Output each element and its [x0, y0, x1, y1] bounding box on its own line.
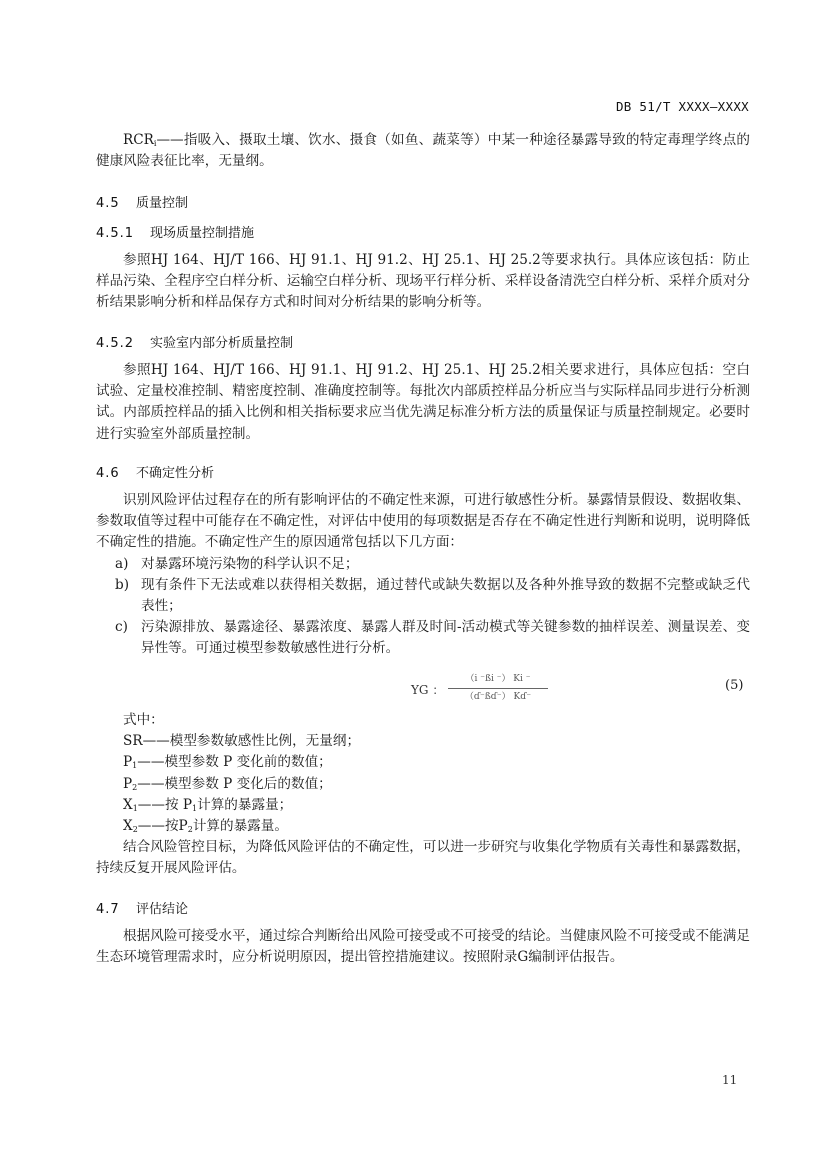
section-4-5-2-body: 参照HJ 164、HJ/T 166、HJ 91.1、HJ 91.2、HJ 25.… [96, 360, 750, 445]
definition-p1: P1——模型参数 P 变化前的数值； [123, 752, 360, 773]
document-page: DB 51/T XXXX—XXXX RCRi——指吸入、摄取土壤、饮水、摄食（如… [0, 0, 826, 1169]
definition-text-pre: ——按P [138, 818, 188, 834]
section-4-5-1-body: 参照HJ 164、HJ/T 166、HJ 91.1、HJ 91.2、HJ 25.… [96, 250, 750, 314]
rcr-symbol: RCR [123, 132, 154, 148]
formula-lhs: YG ： [411, 681, 444, 698]
definition-symbol: X [123, 797, 133, 813]
fraction-bar [448, 688, 548, 689]
section-heading-4-7: 4.7评估结论 [96, 898, 188, 917]
section-title: 不确定性分析 [136, 466, 214, 481]
section-number: 4.5.1 [96, 226, 150, 241]
section-number: 4.7 [96, 902, 136, 917]
section-heading-4-5-1: 4.5.1现场质量控制措施 [96, 222, 254, 241]
list-item-c: c)污染源排放、暴露途径、暴露浓度、暴露人群及时间-活动模式等关键参数的抽样误差… [96, 617, 750, 659]
definition-symbol: SR [123, 733, 143, 749]
list-item-a: a)对暴露环境污染物的科学认识不足； [96, 554, 750, 575]
rcr-description: ——指吸入、摄取土壤、饮水、摄食（如鱼、蔬菜等）中某一种途径暴露导致的特定毒理学… [96, 132, 750, 169]
section-number: 4.5.2 [96, 336, 150, 351]
list-marker: b) [115, 575, 129, 596]
formula-fraction: （i ⁻ßi ⁻） Ki ⁻ （ɗ⁻ßɗ⁻） Kɗ⁻ [448, 673, 548, 704]
section-4-6-closing: 结合风险管控目标，为降低风险评估的不确定性，可以进一步研究与收集化学物质有关毒性… [96, 837, 750, 879]
section-4-7-body: 根据风险可接受水平，通过综合判断给出风险可接受或不可接受的结论。当健康风险不可接… [96, 926, 750, 968]
section-number: 4.5 [96, 196, 136, 211]
definition-p2: P2——模型参数 P 变化后的数值； [123, 774, 360, 795]
definition-symbol: P [123, 754, 132, 770]
section-heading-4-6: 4.6不确定性分析 [96, 462, 214, 481]
definition-sr: SR——模型参数敏感性比例，无量纲； [123, 731, 360, 752]
section-title: 评估结论 [136, 902, 188, 917]
formula-numerator: （i ⁻ßi ⁻） Ki ⁻ [448, 673, 548, 686]
list-text: 污染源排放、暴露途径、暴露浓度、暴露人群及时间-活动模式等关键参数的抽样误差、测… [141, 619, 750, 656]
paragraph: 识别风险评估过程存在的所有影响评估的不确定性来源，可进行敏感性分析。暴露情景假设… [96, 490, 750, 554]
list-text: 对暴露环境污染物的科学认识不足； [141, 556, 359, 572]
list-text: 现有条件下无法或难以获得相关数据，通过替代或缺失数据以及各种外推导致的数据不完整… [141, 577, 750, 614]
definition-text: ——模型参数 P 变化前的数值； [137, 754, 332, 770]
definition-text-pre: ——按 P [138, 797, 192, 813]
page-number: 11 [722, 1073, 737, 1087]
definition-text: 计算的暴露量。 [193, 818, 288, 834]
list-marker: a) [115, 554, 128, 575]
definition-symbol: X [123, 818, 133, 834]
document-code-header: DB 51/T XXXX—XXXX [616, 99, 749, 114]
formula-definitions: 式中： SR——模型参数敏感性比例，无量纲； P1——模型参数 P 变化前的数值… [123, 710, 360, 837]
definition-text: ——模型参数敏感性比例，无量纲； [143, 733, 361, 749]
section-heading-4-5: 4.5质量控制 [96, 192, 188, 211]
rcr-definition-text: RCRi——指吸入、摄取土壤、饮水、摄食（如鱼、蔬菜等）中某一种途径暴露导致的特… [96, 130, 750, 172]
sensitivity-formula: YG ： （i ⁻ßi ⁻） Ki ⁻ （ɗ⁻ßɗ⁻） Kɗ⁻ [411, 673, 556, 707]
section-title: 质量控制 [136, 196, 188, 211]
definition-x1: X1——按 P1计算的暴露量； [123, 795, 360, 816]
section-title: 现场质量控制措施 [150, 226, 254, 241]
paragraph: 根据风险可接受水平，通过综合判断给出风险可接受或不可接受的结论。当健康风险不可接… [96, 926, 750, 968]
paragraph: 结合风险管控目标，为降低风险评估的不确定性，可以进一步研究与收集化学物质有关毒性… [96, 837, 750, 879]
definition-text: 计算的暴露量； [197, 797, 292, 813]
definition-x2: X2——按P2计算的暴露量。 [123, 816, 360, 837]
where-label: 式中： [123, 710, 360, 731]
section-heading-4-5-2: 4.5.2实验室内部分析质量控制 [96, 332, 293, 351]
section-number: 4.6 [96, 466, 136, 481]
section-title: 实验室内部分析质量控制 [150, 336, 293, 351]
section-4-6-body: 识别风险评估过程存在的所有影响评估的不确定性来源，可进行敏感性分析。暴露情景假设… [96, 490, 750, 660]
list-item-b: b)现有条件下无法或难以获得相关数据，通过替代或缺失数据以及各种外推导致的数据不… [96, 575, 750, 617]
paragraph: 参照HJ 164、HJ/T 166、HJ 91.1、HJ 91.2、HJ 25.… [96, 250, 750, 314]
equation-number: (5) [725, 678, 743, 693]
paragraph: 参照HJ 164、HJ/T 166、HJ 91.1、HJ 91.2、HJ 25.… [96, 360, 750, 445]
formula-denominator: （ɗ⁻ßɗ⁻） Kɗ⁻ [448, 691, 548, 704]
definition-symbol: P [123, 776, 132, 792]
list-marker: c) [115, 617, 128, 638]
rcr-definition: RCRi——指吸入、摄取土壤、饮水、摄食（如鱼、蔬菜等）中某一种途径暴露导致的特… [96, 130, 750, 172]
definition-text: ——模型参数 P 变化后的数值； [137, 776, 332, 792]
